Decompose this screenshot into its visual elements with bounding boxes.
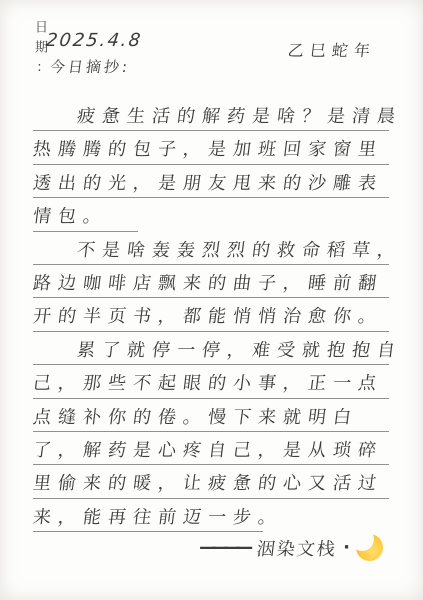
lunar-year-text: 乙巳蛇年 xyxy=(287,38,378,61)
date-value: 2025.4.8 xyxy=(46,30,142,51)
handwritten-line: 累了就停一停，难受就抱抱自 xyxy=(33,332,389,365)
line-text: 透出的光，是朋友甩来的沙雕表 xyxy=(31,165,386,202)
line-text: 己，那些不起眼的小事，正一点 xyxy=(31,365,386,402)
line-text: 路边咖啡店飘来的曲子，睡前翻 xyxy=(31,265,386,302)
excerpt-label-text: 今日摘抄: xyxy=(49,56,132,77)
moon-bite xyxy=(350,527,374,551)
handwritten-line: 路边咖啡店飘来的曲子，睡前翻 xyxy=(33,265,389,298)
handwritten-line: 疲惫生活的解药是啥？是清晨 xyxy=(33,98,389,131)
handwritten-note-photo: 日期: 2025.4.8 今日摘抄: 乙巳蛇年 疲惫生活的解药是啥？是清晨 热腾… xyxy=(0,0,423,600)
signature-name: 洇染文栈 xyxy=(256,535,339,561)
handwritten-line: 点缝补你的倦。慢下来就明白 xyxy=(33,399,389,432)
handwritten-line: 来，能再往前迈一步。 xyxy=(33,499,263,532)
line-text: 开的半页书，都能悄悄治愈你。 xyxy=(31,298,386,335)
line-text: 来，能再往前迈一步。 xyxy=(31,499,286,536)
crescent-moon-icon xyxy=(356,534,383,561)
signature: ———— 洇染文栈 · xyxy=(199,534,383,561)
handwritten-line: 开的半页书，都能悄悄治愈你。 xyxy=(33,298,389,331)
line-text: 情包。 xyxy=(31,198,111,235)
note-body: 疲惫生活的解药是啥？是清晨 热腾腾的包子，是加班回家窗里 透出的光，是朋友甩来的… xyxy=(33,98,389,532)
handwritten-line: 了，解药是心疼自己，是从琐碎 xyxy=(33,432,389,465)
line-text: 累了就停一停，难受就抱抱自 xyxy=(75,332,405,369)
handwritten-line: 里偷来的暖，让疲惫的心又活过 xyxy=(33,465,389,498)
handwritten-line: 己，那些不起眼的小事，正一点 xyxy=(33,365,389,398)
line-text: 点缝补你的倦。慢下来就明白 xyxy=(31,399,361,436)
handwritten-line: 不是啥轰轰烈烈的救命稻草， xyxy=(33,232,389,265)
date-text: 2025.4.8 xyxy=(45,30,144,51)
line-text: 疲惫生活的解药是啥？是清晨 xyxy=(75,98,405,135)
lunar-year-label: 乙巳蛇年 xyxy=(288,38,376,61)
handwritten-line: 透出的光，是朋友甩来的沙雕表 xyxy=(33,165,389,198)
line-text: 热腾腾的包子，是加班回家窗里 xyxy=(31,131,386,168)
line-text: 了，解药是心疼自己，是从琐碎 xyxy=(31,432,386,469)
handwritten-line: 情包。 xyxy=(33,198,138,231)
line-text: 不是啥轰轰烈烈的救命稻草， xyxy=(75,232,405,269)
handwritten-line: 热腾腾的包子，是加班回家窗里 xyxy=(33,131,389,164)
line-text: 里偷来的暖，让疲惫的心又活过 xyxy=(31,465,386,502)
signature-dashes: ———— xyxy=(199,537,247,558)
excerpt-label: 今日摘抄: xyxy=(50,56,130,77)
